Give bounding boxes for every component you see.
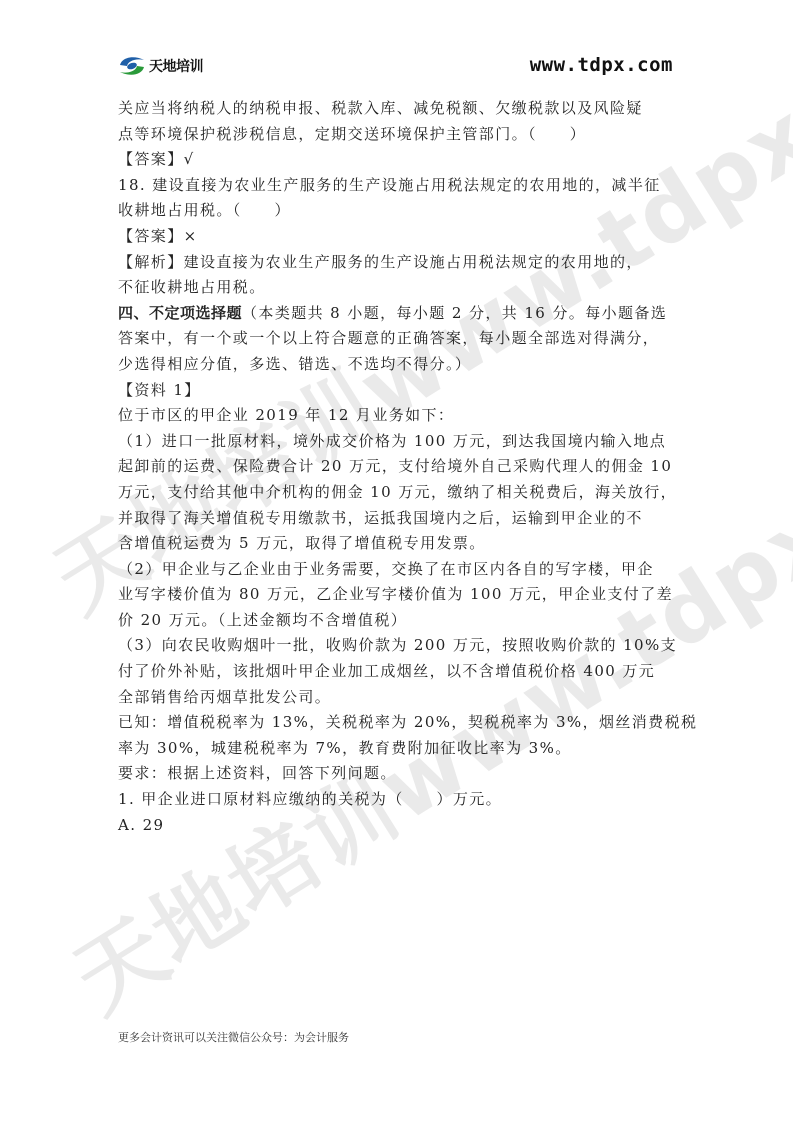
- explanation-line: 【解析】建设直接为农业生产服务的生产设施占用税法规定的农用地的，: [118, 250, 678, 276]
- logo-swirl-icon: [118, 54, 146, 78]
- text-line: 位于市区的甲企业 2019 年 12 月业务如下：: [118, 403, 678, 429]
- site-url: www.tdpx.com: [530, 54, 673, 76]
- text-line: 业写字楼价值为 80 万元，乙企业写字楼价值为 100 万元，甲企业支付了差: [118, 582, 678, 608]
- section-title: 四、不定项选择题: [118, 304, 242, 322]
- answer-line: 【答案】√: [118, 147, 678, 173]
- question-line: 18. 建设直接为农业生产服务的生产设施占用税法规定的农用地的，减半征: [118, 173, 678, 199]
- text-line: 关应当将纳税人的纳税申报、税款入库、减免税额、欠缴税款以及风险疑: [118, 96, 678, 122]
- text-line: 起卸前的运费、保险费合计 20 万元，支付给境外自己采购代理人的佣金 10: [118, 454, 678, 480]
- document-body: 关应当将纳税人的纳税申报、税款入库、减免税额、欠缴税款以及风险疑 点等环境保护税…: [118, 96, 678, 838]
- logo: 天地培训: [118, 54, 203, 78]
- text-line: 少选得相应分值，多选、错选、不选均不得分。）: [118, 352, 678, 378]
- answer-line: 【答案】×: [118, 224, 678, 250]
- text-line: 并取得了海关增值税专用缴款书，运抵我国境内之后，运输到甲企业的不: [118, 506, 678, 532]
- section-intro: （本类题共 8 小题，每小题 2 分，共 16 分。每小题备选: [242, 304, 667, 322]
- text-line: 万元，支付给其他中介机构的佣金 10 万元，缴纳了相关税费后，海关放行，: [118, 480, 678, 506]
- text-line: 已知：增值税税率为 13%，关税税率为 20%，契税税率为 3%，烟丝消费税税: [118, 710, 678, 736]
- page-footer: 更多会计资讯可以关注微信公众号：为会计服务: [118, 1029, 349, 1045]
- page-header: 天地培训 www.tdpx.com: [118, 52, 673, 86]
- text-line: 答案中，有一个或一个以上符合题意的正确答案，每小题全部选对得满分，: [118, 326, 678, 352]
- text-line: （1）进口一批原材料，境外成交价格为 100 万元，到达我国境内输入地点: [118, 429, 678, 455]
- text-line: 率为 30%，城建税税率为 7%，教育费附加征收比率为 3%。: [118, 736, 678, 762]
- option-line: A. 29: [118, 813, 678, 839]
- text-line: 付了价外补贴，该批烟叶甲企业加工成烟丝，以不含增值税价格 400 万元: [118, 659, 678, 685]
- logo-text: 天地培训: [149, 56, 203, 76]
- material-label: 【资料 1】: [118, 378, 678, 404]
- section-heading-line: 四、不定项选择题（本类题共 8 小题，每小题 2 分，共 16 分。每小题备选: [118, 301, 678, 327]
- text-line: （3）向农民收购烟叶一批，收购价款为 200 万元，按照收购价款的 10%支: [118, 633, 678, 659]
- explanation-line: 不征收耕地占用税。: [118, 275, 678, 301]
- text-line: 全部销售给丙烟草批发公司。: [118, 685, 678, 711]
- question-line: 收耕地占用税。（ ）: [118, 198, 678, 224]
- text-line: （2）甲企业与乙企业由于业务需要，交换了在市区内各自的写字楼，甲企: [118, 557, 678, 583]
- text-line: 价 20 万元。（上述金额均不含增值税）: [118, 608, 678, 634]
- text-line: 点等环境保护税涉税信息，定期交送环境保护主管部门。（ ）: [118, 122, 678, 148]
- question-line: 1. 甲企业进口原材料应缴纳的关税为（ ）万元。: [118, 787, 678, 813]
- text-line: 要求：根据上述资料，回答下列问题。: [118, 761, 678, 787]
- text-line: 含增值税运费为 5 万元，取得了增值税专用发票。: [118, 531, 678, 557]
